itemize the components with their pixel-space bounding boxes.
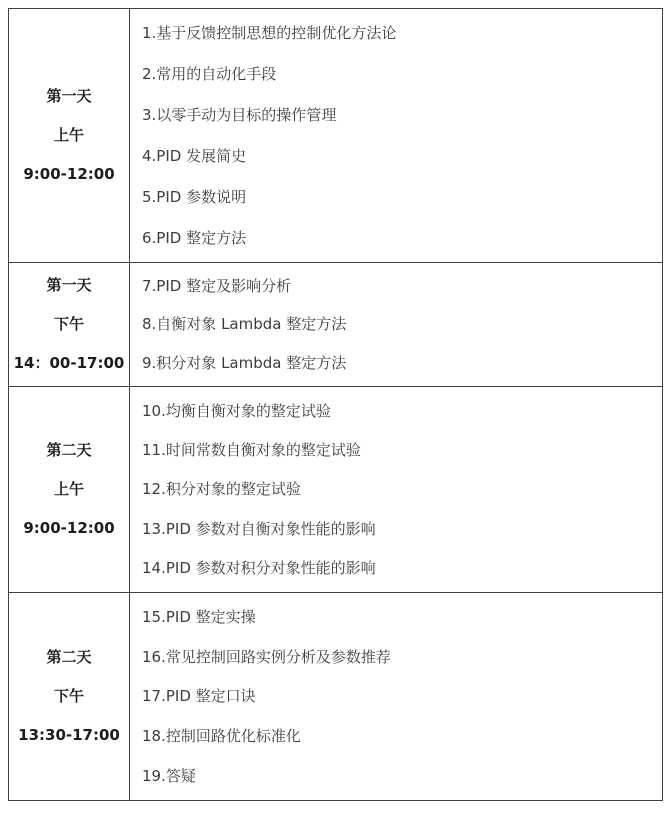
topic-item: 6.PID 整定方法 — [142, 228, 654, 248]
topics-cell: 7.PID 整定及影响分析 8.自衡对象 Lambda 整定方法 9.积分对象 … — [130, 263, 662, 386]
topic-item: 3.以零手动为目标的操作管理 — [142, 105, 654, 125]
session-cell: 第一天 上午 9:00-12:00 — [9, 9, 130, 262]
session-time: 14：00-17:00 — [14, 353, 125, 374]
topic-item: 19.答疑 — [142, 766, 654, 786]
topic-item: 7.PID 整定及影响分析 — [142, 276, 654, 296]
session-time: 9:00-12:00 — [23, 518, 114, 539]
topic-item: 17.PID 整定口诀 — [142, 686, 654, 706]
table-row-day1-morning: 第一天 上午 9:00-12:00 1.基于反馈控制思想的控制优化方法论 2.常… — [9, 9, 662, 263]
session-cell: 第二天 下午 13:30-17:00 — [9, 593, 130, 800]
topic-item: 18.控制回路优化标准化 — [142, 726, 654, 746]
table-row-day1-afternoon: 第一天 下午 14：00-17:00 7.PID 整定及影响分析 8.自衡对象 … — [9, 263, 662, 387]
session-period: 下午 — [54, 686, 84, 707]
topic-item: 1.基于反馈控制思想的控制优化方法论 — [142, 23, 654, 43]
session-time: 9:00-12:00 — [23, 164, 114, 185]
topic-item: 13.PID 参数对自衡对象性能的影响 — [142, 519, 654, 539]
topics-cell: 1.基于反馈控制思想的控制优化方法论 2.常用的自动化手段 3.以零手动为目标的… — [130, 9, 662, 262]
topic-item: 11.时间常数自衡对象的整定试验 — [142, 440, 654, 460]
topic-item: 12.积分对象的整定试验 — [142, 479, 654, 499]
topic-item: 4.PID 发展简史 — [142, 146, 654, 166]
topic-item: 5.PID 参数说明 — [142, 187, 654, 207]
topic-item: 10.均衡自衡对象的整定试验 — [142, 401, 654, 421]
topic-item: 14.PID 参数对积分对象性能的影响 — [142, 558, 654, 578]
session-day: 第二天 — [46, 440, 91, 461]
topic-item: 8.自衡对象 Lambda 整定方法 — [142, 314, 654, 334]
session-day: 第一天 — [46, 275, 91, 296]
topics-cell: 10.均衡自衡对象的整定试验 11.时间常数自衡对象的整定试验 12.积分对象的… — [130, 387, 662, 592]
table-row-day2-afternoon: 第二天 下午 13:30-17:00 15.PID 整定实操 16.常见控制回路… — [9, 593, 662, 800]
topic-item: 9.积分对象 Lambda 整定方法 — [142, 353, 654, 373]
topic-item: 16.常见控制回路实例分析及参数推荐 — [142, 647, 654, 667]
session-period: 上午 — [54, 479, 84, 500]
session-cell: 第一天 下午 14：00-17:00 — [9, 263, 130, 386]
session-day: 第二天 — [46, 647, 91, 668]
session-day: 第一天 — [46, 86, 91, 107]
topic-item: 15.PID 整定实操 — [142, 607, 654, 627]
topic-item: 2.常用的自动化手段 — [142, 64, 654, 84]
session-period: 上午 — [54, 125, 84, 146]
session-cell: 第二天 上午 9:00-12:00 — [9, 387, 130, 592]
schedule-table: 第一天 上午 9:00-12:00 1.基于反馈控制思想的控制优化方法论 2.常… — [8, 8, 663, 801]
topics-cell: 15.PID 整定实操 16.常见控制回路实例分析及参数推荐 17.PID 整定… — [130, 593, 662, 800]
session-time: 13:30-17:00 — [18, 725, 120, 746]
session-period: 下午 — [54, 314, 84, 335]
table-row-day2-morning: 第二天 上午 9:00-12:00 10.均衡自衡对象的整定试验 11.时间常数… — [9, 387, 662, 593]
